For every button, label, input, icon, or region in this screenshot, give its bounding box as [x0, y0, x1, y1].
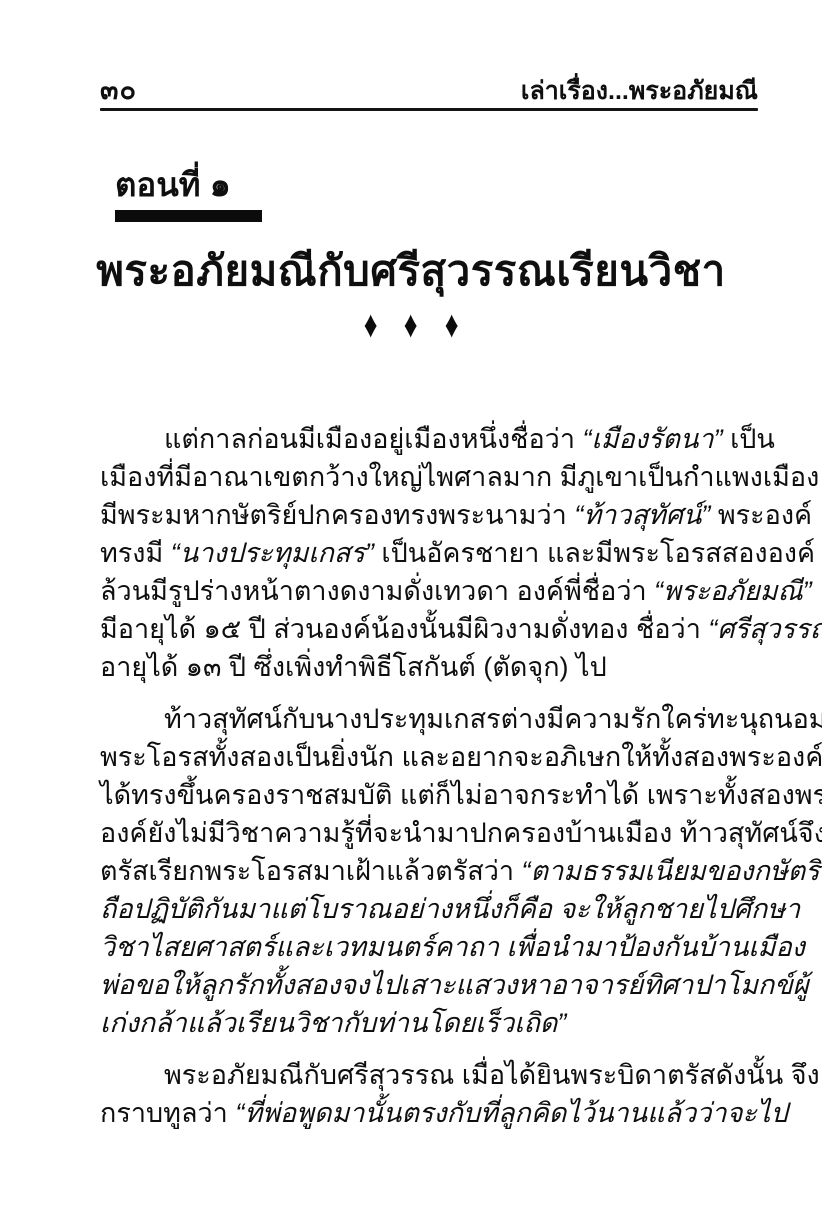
text-line: กราบทูลว่า “ที่พ่อพูดมานั้นตรงกับที่ลูกค…: [100, 1094, 740, 1132]
header-rule: [100, 108, 758, 111]
text-line: แต่กาลก่อนมีเมืองอยู่เมืองหนึ่งชื่อว่า “…: [100, 420, 740, 458]
text-line: ท้าวสุทัศน์กับนางประทุมเกสรต่างมีความรัก…: [100, 700, 740, 738]
body-text-run: องค์ยังไม่มีวิชาความรู้ที่จะนำมาปกครองบ้…: [100, 818, 822, 848]
body-text-run: มีอายุได้ ๑๕ ปี ส่วนองค์น้องนั้นมีผิวงาม…: [100, 614, 708, 644]
quoted-text: “ที่พ่อพูดมานั้นตรงกับที่ลูกคิดไว้นานแล้…: [235, 1098, 787, 1128]
quoted-text: “เมืองรัตนา”: [583, 424, 723, 454]
quoted-text: “ท้าวสุทัศน์”: [574, 500, 710, 530]
body-text-run: พระอภัยมณีกับศรีสุวรรณ เมื่อได้ยินพระบิด…: [164, 1060, 820, 1090]
paragraph: ท้าวสุทัศน์กับนางประทุมเกสรต่างมีความรัก…: [100, 700, 740, 1042]
chapter-title: พระอภัยมณีกับศรีสุวรรณเรียนวิชา: [0, 238, 822, 304]
quoted-text: “ตามธรรมเนียมของกษัตริย์ที่: [522, 856, 822, 886]
quoted-text: วิชาไสยศาสตร์และเวทมนตร์คาถา เพื่อนำมาป้…: [100, 932, 805, 962]
quoted-text: “พระอภัยมณี”: [654, 576, 811, 606]
text-line: เมืองที่มีอาณาเขตกว้างใหญ่ไพศาลมาก มีภูเ…: [100, 458, 740, 496]
body-text-run: อายุได้ ๑๓ ปี ซึ่งเพิ่งทำพิธีโสกันต์ (ตั…: [100, 652, 607, 682]
quoted-text: ถือปฏิบัติกันมาแต่โบราณอย่างหนึ่งก็คือ จ…: [100, 894, 800, 924]
page-header: ๓๐ เล่าเรื่อง...พระอภัยมณี: [100, 68, 758, 111]
text-line: ได้ทรงขึ้นครองราชสมบัติ แต่ก็ไม่อาจกระทำ…: [100, 776, 740, 814]
text-line: ทรงมี “นางประทุมเกสร” เป็นอัครชายา และมี…: [100, 534, 740, 572]
diamond-icon: ♦: [404, 304, 418, 347]
text-line: เก่งกล้าแล้วเรียนวิชากับท่านโดยเร็วเถิด”: [100, 1004, 740, 1042]
paragraph: แต่กาลก่อนมีเมืองอยู่เมืองหนึ่งชื่อว่า “…: [100, 420, 740, 686]
text-line: องค์ยังไม่มีวิชาความรู้ที่จะนำมาปกครองบ้…: [100, 814, 740, 852]
paragraph: พระอภัยมณีกับศรีสุวรรณ เมื่อได้ยินพระบิด…: [100, 1056, 740, 1132]
chapter-underline-bar: [115, 210, 262, 222]
story-text: แต่กาลก่อนมีเมืองอยู่เมืองหนึ่งชื่อว่า “…: [100, 420, 740, 1146]
text-line: พระอภัยมณีกับศรีสุวรรณ เมื่อได้ยินพระบิด…: [100, 1056, 740, 1094]
quoted-text: พ่อขอให้ลูกรักทั้งสองจงไปเสาะแสวงหาอาจาร…: [100, 970, 809, 1000]
text-line: วิชาไสยศาสตร์และเวทมนตร์คาถา เพื่อนำมาป้…: [100, 928, 740, 966]
body-text-run: ทรงมี: [100, 538, 171, 568]
body-text-run: ล้วนมีรูปร่างหน้าตางดงามดั่งเทวดา องค์พี…: [100, 576, 654, 606]
book-page: ๓๐ เล่าเรื่อง...พระอภัยมณี ตอนที่ ๑ พระอ…: [0, 0, 822, 1208]
body-text-run: เมืองที่มีอาณาเขตกว้างใหญ่ไพศาลมาก มีภูเ…: [100, 462, 822, 492]
text-line: มีพระมหากษัตริย์ปกครองทรงพระนามว่า “ท้าว…: [100, 496, 740, 534]
body-text-run: ได้ทรงขึ้นครองราชสมบัติ แต่ก็ไม่อาจกระทำ…: [100, 780, 822, 810]
quoted-text: “นางประทุมเกสร”: [171, 538, 374, 568]
body-text-run: พระองค์: [710, 500, 812, 530]
text-line: มีอายุได้ ๑๕ ปี ส่วนองค์น้องนั้นมีผิวงาม…: [100, 610, 740, 648]
quoted-text: เก่งกล้าแล้วเรียนวิชากับท่านโดยเร็วเถิด”: [100, 1008, 566, 1038]
body-text-run: เป็นอัครชายา และมีพระโอรสสององค์: [374, 538, 815, 568]
body-text-run: กราบทูลว่า: [100, 1098, 235, 1128]
body-text-run: ท้าวสุทัศน์กับนางประทุมเกสรต่างมีความรัก…: [164, 704, 822, 734]
text-line: อายุได้ ๑๓ ปี ซึ่งเพิ่งทำพิธีโสกันต์ (ตั…: [100, 648, 740, 686]
page-number: ๓๐: [100, 68, 137, 111]
section-ornament: ♦ ♦ ♦: [0, 306, 822, 345]
body-text-run: มีพระมหากษัตริย์ปกครองทรงพระนามว่า: [100, 500, 574, 530]
body-text-run: ตรัสเรียกพระโอรสมาเฝ้าแล้วตรัสว่า: [100, 856, 522, 886]
text-line: พระโอรสทั้งสองเป็นยิ่งนัก และอยากจะอภิเษ…: [100, 738, 740, 776]
chapter-label: ตอนที่ ๑: [115, 158, 231, 211]
diamond-icon: ♦: [363, 304, 377, 347]
quoted-text: “ศรีสุวรรณ”: [708, 614, 822, 644]
body-text-run: พระโอรสทั้งสองเป็นยิ่งนัก และอยากจะอภิเษ…: [100, 742, 822, 772]
running-title: เล่าเรื่อง...พระอภัยมณี: [521, 71, 758, 111]
body-text-run: เป็น: [723, 424, 775, 454]
text-line: พ่อขอให้ลูกรักทั้งสองจงไปเสาะแสวงหาอาจาร…: [100, 966, 740, 1004]
body-text-run: แต่กาลก่อนมีเมืองอยู่เมืองหนึ่งชื่อว่า: [164, 424, 583, 454]
text-line: ล้วนมีรูปร่างหน้าตางดงามดั่งเทวดา องค์พี…: [100, 572, 740, 610]
text-line: ถือปฏิบัติกันมาแต่โบราณอย่างหนึ่งก็คือ จ…: [100, 890, 740, 928]
diamond-icon: ♦: [445, 304, 459, 347]
text-line: ตรัสเรียกพระโอรสมาเฝ้าแล้วตรัสว่า “ตามธร…: [100, 852, 740, 890]
